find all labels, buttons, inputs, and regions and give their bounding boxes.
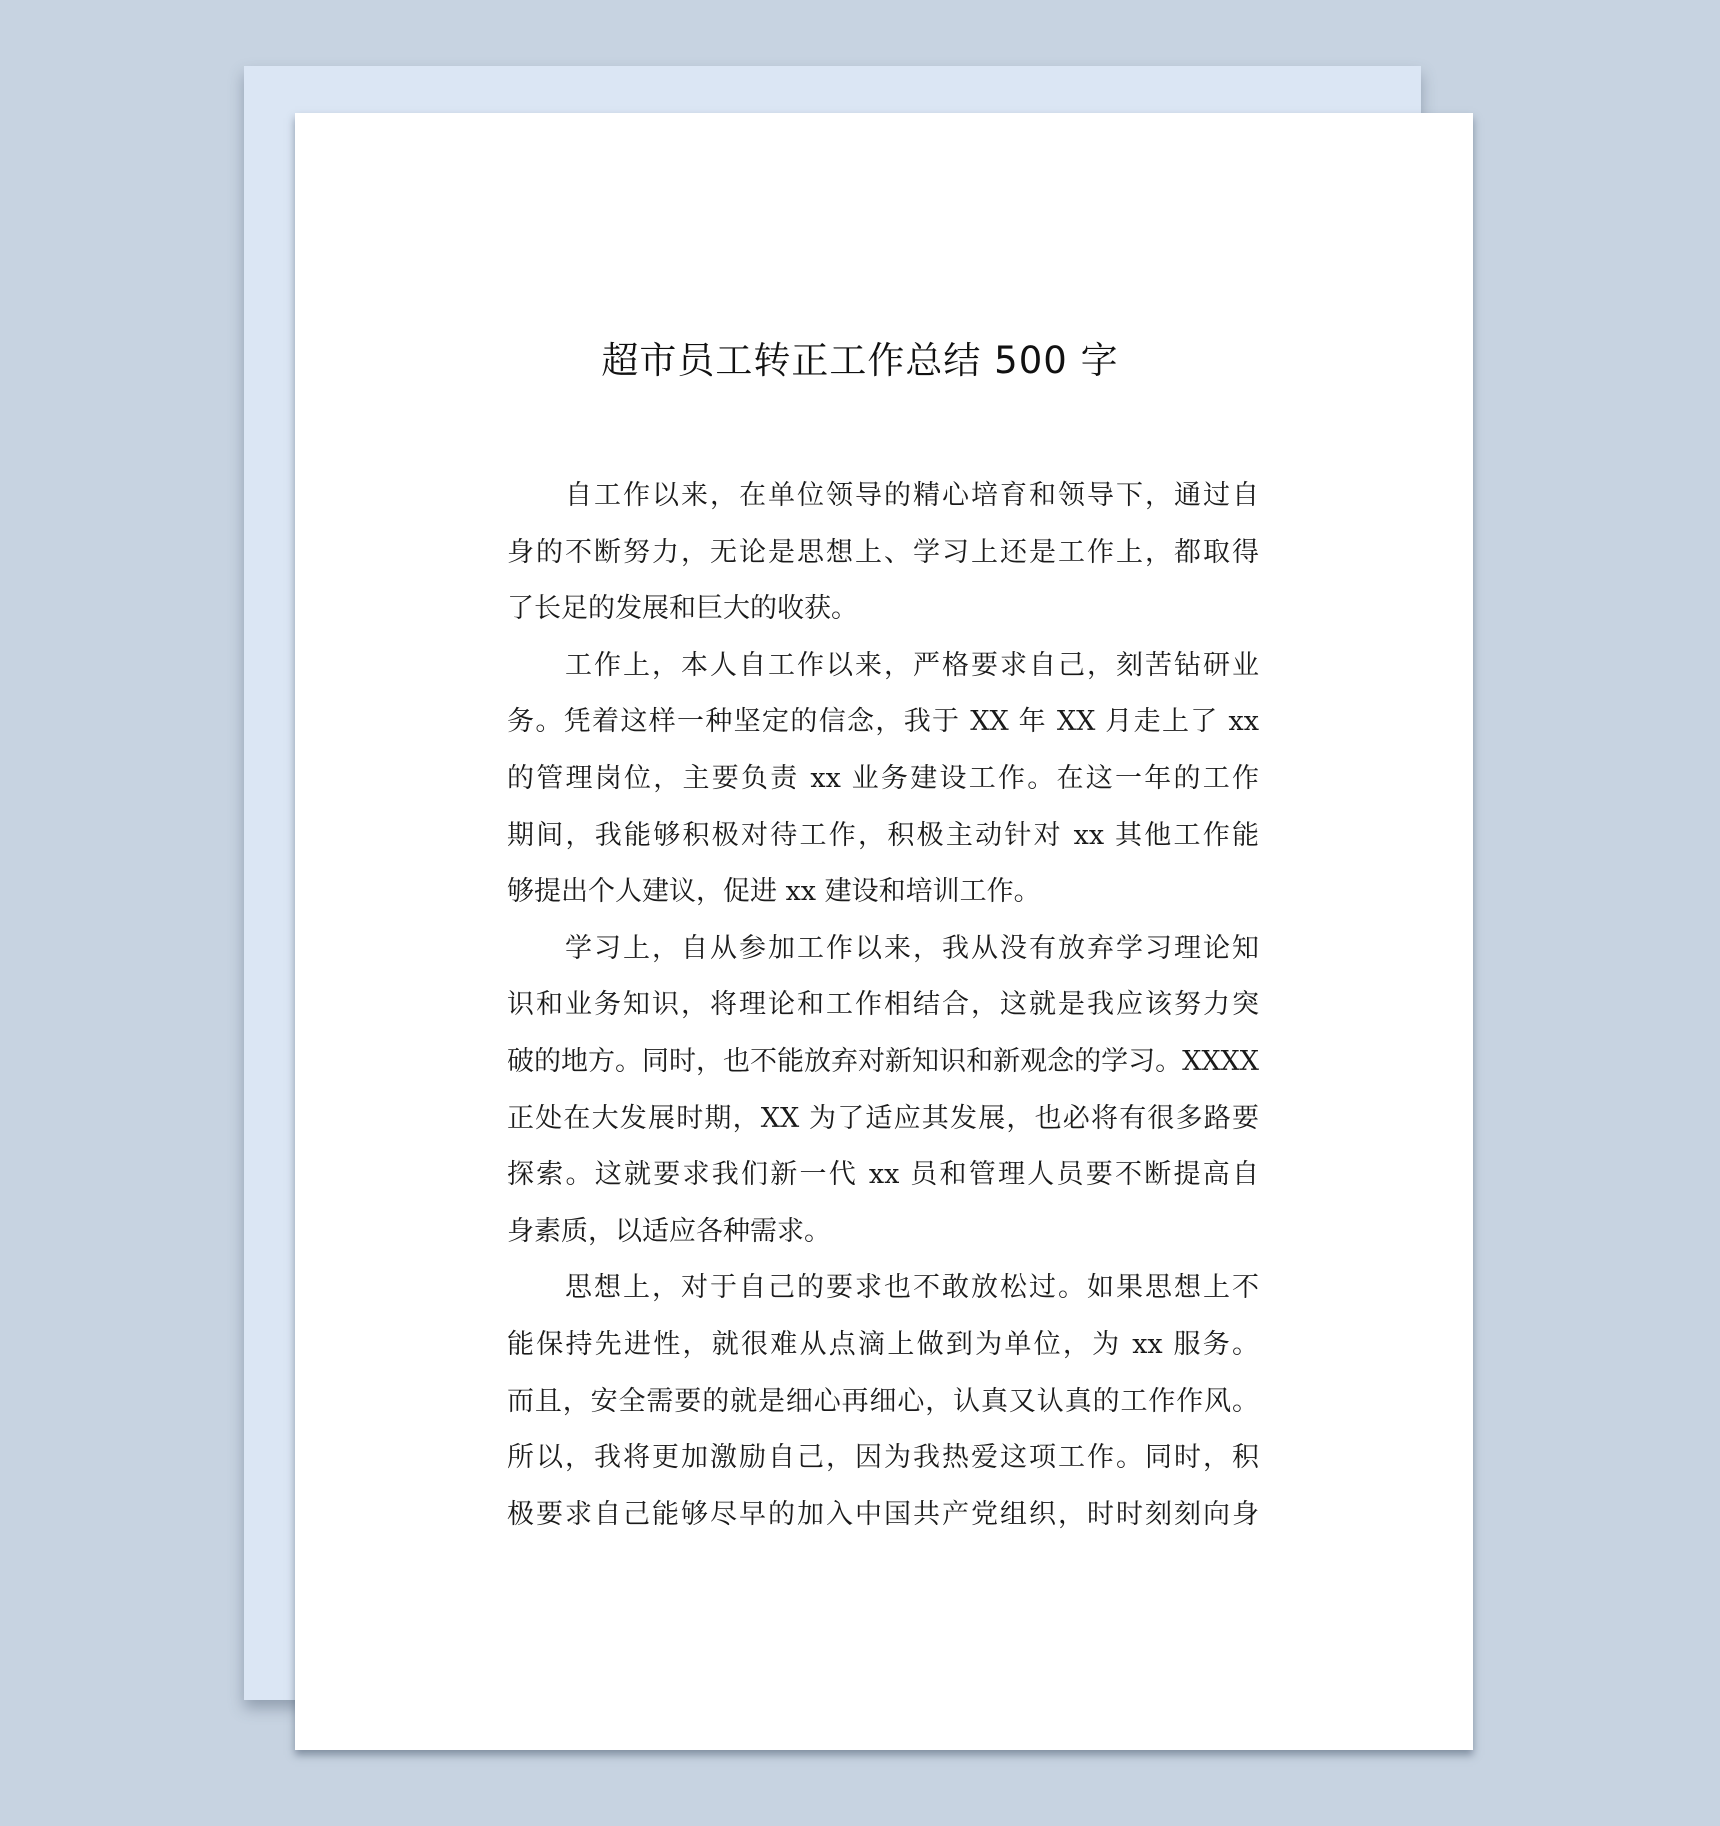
text-line: 能保持先进性，就很难从点滴上做到为单位，为 xx 服务。 <box>507 1317 1259 1374</box>
text-line: 期间，我能够积极对待工作，积极主动针对 xx 其他工作能 <box>507 808 1259 865</box>
text-line: 工作上，本人自工作以来，严格要求自己，刻苦钻研业 <box>507 638 1259 695</box>
document-body: 自工作以来，在单位领导的精心培育和领导下，通过自 身的不断努力，无论是思想上、学… <box>507 468 1259 1543</box>
text-line: 而且，安全需要的就是细心再细心，认真又认真的工作作风。 <box>507 1374 1259 1431</box>
text-line: 极要求自己能够尽早的加入中国共产党组织，时时刻刻向身 <box>507 1487 1259 1544</box>
text-line: 思想上，对于自己的要求也不敢放松过。如果思想上不 <box>507 1260 1259 1317</box>
text-line: 破的地方。同时，也不能放弃对新知识和新观念的学习。XXXX <box>507 1034 1259 1091</box>
text-line: 探索。这就要求我们新一代 xx 员和管理人员要不断提高自 <box>507 1147 1259 1204</box>
text-line: 的管理岗位，主要负责 xx 业务建设工作。在这一年的工作 <box>507 751 1259 808</box>
text-line: 够提出个人建议，促进 xx 建设和培训工作。 <box>507 864 1259 921</box>
text-line: 身素质，以适应各种需求。 <box>507 1204 1259 1261</box>
text-line: 了长足的发展和巨大的收获。 <box>507 581 1259 638</box>
document-title: 超市员工转正工作总结 500 字 <box>0 336 1720 386</box>
text-line: 所以，我将更加激励自己，因为我热爱这项工作。同时，积 <box>507 1430 1259 1487</box>
text-line: 务。凭着这样一种坚定的信念，我于 XX 年 XX 月走上了 xx <box>507 694 1259 751</box>
text-line: 正处在大发展时期，XX 为了适应其发展，也必将有很多路要 <box>507 1091 1259 1148</box>
text-line: 学习上，自从参加工作以来，我从没有放弃学习理论知 <box>507 921 1259 978</box>
text-line: 自工作以来，在单位领导的精心培育和领导下，通过自 <box>507 468 1259 525</box>
text-line: 识和业务知识，将理论和工作相结合，这就是我应该努力突 <box>507 977 1259 1034</box>
text-line: 身的不断努力，无论是思想上、学习上还是工作上，都取得 <box>507 525 1259 582</box>
